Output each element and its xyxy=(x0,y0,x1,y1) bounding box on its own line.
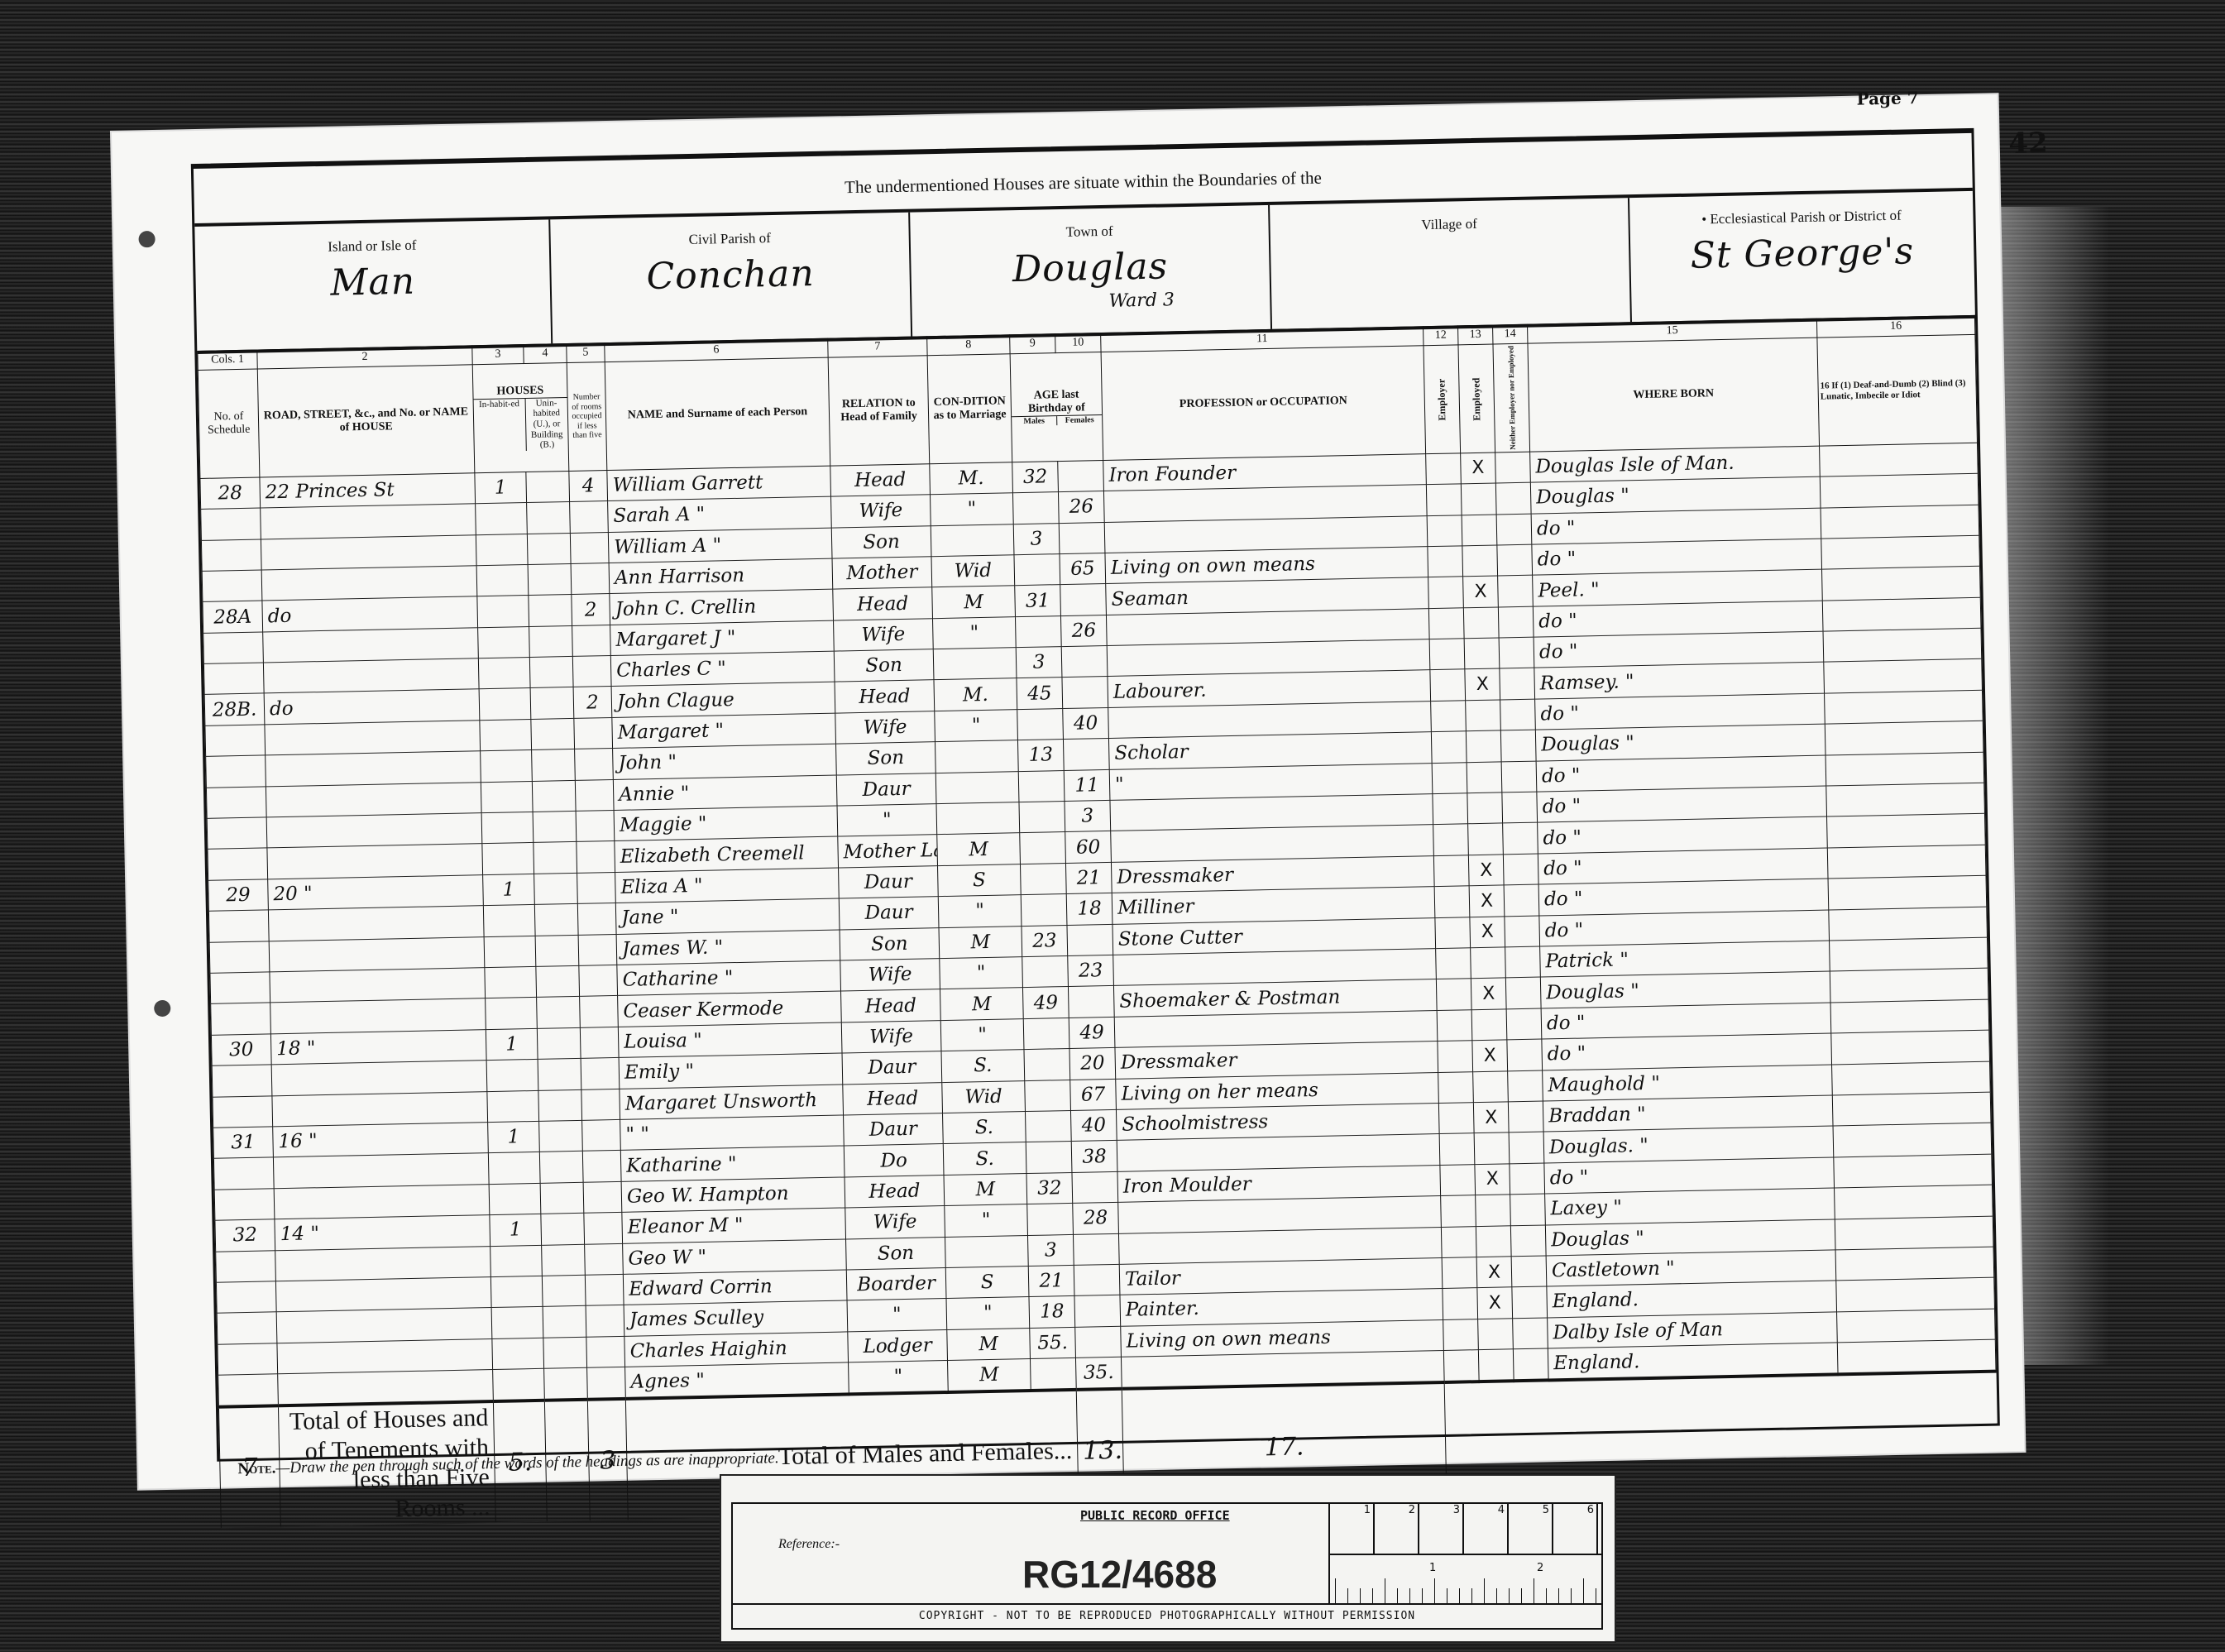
schedule-cell xyxy=(206,755,266,788)
female-age-cell: 40 xyxy=(1063,707,1109,739)
neither-cell xyxy=(1499,637,1534,668)
relation-cell: Mother Law xyxy=(838,835,938,868)
column-number: 10 xyxy=(1055,333,1101,353)
column-number: 4 xyxy=(524,344,567,364)
uninhabited-cell xyxy=(539,1152,583,1183)
header-females: Females xyxy=(1057,415,1102,426)
employed-cell: X xyxy=(1465,668,1500,700)
male-age-cell xyxy=(1020,863,1066,894)
schedule-cell xyxy=(216,1250,276,1282)
relation-cell: Daur xyxy=(844,1113,944,1147)
employed-cell xyxy=(1463,607,1499,639)
rooms-cell xyxy=(575,779,614,811)
female-age-cell xyxy=(1060,584,1107,615)
relation-cell: " xyxy=(837,804,937,837)
employer-cell xyxy=(1434,886,1470,917)
relation-cell: Son xyxy=(846,1237,946,1270)
ruler-cm-mark: 5 xyxy=(1509,1504,1553,1554)
schedule-cell: 28A xyxy=(203,601,263,633)
place-town: Town of Douglas Ward 3 xyxy=(910,205,1272,337)
rooms-cell xyxy=(585,1274,624,1305)
header-where-born: WHERE BORN xyxy=(1528,338,1820,452)
punch-hole-icon xyxy=(138,231,155,247)
condition-cell: " xyxy=(935,710,1018,742)
header-address: ROAD, STREET, &c., and No. or NAME of HO… xyxy=(257,365,475,477)
female-age-cell xyxy=(1073,1233,1119,1265)
column-number: 5 xyxy=(567,343,605,363)
header-name: NAME and Surname of each Person xyxy=(605,357,830,470)
employed-cell: X xyxy=(1469,885,1505,917)
female-age-cell: 21 xyxy=(1065,862,1112,893)
female-age-cell: 28 xyxy=(1073,1202,1119,1233)
census-rows: 2822 Princes St14William GarrettHeadM.32… xyxy=(200,443,1996,1407)
schedule-cell: 28 xyxy=(200,477,261,510)
inhabited-cell xyxy=(478,626,530,658)
male-age-cell: 23 xyxy=(1022,925,1068,956)
relation-cell: " xyxy=(847,1299,947,1332)
name-cell: " " xyxy=(620,1115,845,1151)
name-cell: Geo W. Hampton xyxy=(621,1177,845,1213)
neither-cell xyxy=(1510,1194,1546,1225)
relation-cell: Wife xyxy=(835,711,935,745)
inhabited-cell: 1 xyxy=(486,1028,538,1061)
relation-cell: Daur xyxy=(839,897,939,930)
name-cell: Ceaser Kermode xyxy=(618,991,842,1027)
town-value: Douglas xyxy=(911,243,1270,293)
ruler-cm-mark: 3 xyxy=(1419,1504,1464,1554)
place-ecclesiastical: • Ecclesiastical Parish or District of S… xyxy=(1629,191,1975,322)
name-cell: Eleanor M " xyxy=(622,1208,846,1243)
schedule-cell xyxy=(208,848,268,880)
neither-cell xyxy=(1500,668,1535,700)
neither-cell xyxy=(1497,544,1533,576)
infirmity-cell xyxy=(1823,628,1982,662)
reference-slip: PUBLIC RECORD OFFICE Reference:- RG12/46… xyxy=(720,1474,1616,1643)
place-island: Island or Isle of Man xyxy=(194,219,553,351)
employer-cell xyxy=(1437,1009,1472,1041)
uninhabited-cell xyxy=(543,1337,587,1368)
relation-cell: Daur xyxy=(836,773,936,806)
neither-cell xyxy=(1498,606,1534,638)
uninhabited-cell xyxy=(527,502,571,534)
column-number: 8 xyxy=(927,335,1010,356)
address-cell xyxy=(266,751,481,787)
female-age-cell: 35. xyxy=(1075,1357,1122,1390)
male-age-cell xyxy=(1017,708,1064,740)
infirmity-cell xyxy=(1832,1092,1991,1126)
neither-cell xyxy=(1513,1318,1548,1349)
employed-cell xyxy=(1467,762,1502,793)
schedule-cell xyxy=(201,539,261,572)
header-age: AGE last Birthday of Males Females xyxy=(1010,352,1103,462)
female-age-cell xyxy=(1074,1264,1120,1295)
infirmity-cell xyxy=(1830,999,1989,1033)
uninhabited-cell xyxy=(534,873,578,904)
infirmity-cell xyxy=(1824,659,1983,693)
address-cell xyxy=(261,504,476,539)
office-name: PUBLIC RECORD OFFICE xyxy=(1080,1508,1230,1523)
uninhabited-cell xyxy=(531,718,575,749)
name-cell: James W. " xyxy=(616,930,840,965)
employed-cell xyxy=(1476,1195,1511,1226)
employed-cell xyxy=(1476,1225,1511,1257)
neither-cell xyxy=(1500,699,1536,730)
copyright-notice: COPYRIGHT - NOT TO BE REPRODUCED PHOTOGR… xyxy=(733,1603,1601,1628)
address-cell xyxy=(272,1091,488,1127)
condition-cell: M xyxy=(932,586,1016,618)
infirmity-cell xyxy=(1826,783,1985,816)
infirmity-cell xyxy=(1828,875,1987,909)
rooms-cell xyxy=(570,501,609,533)
male-age-cell xyxy=(1025,1080,1071,1111)
employer-cell xyxy=(1435,917,1471,948)
condition-cell: Wid xyxy=(931,555,1015,587)
inhabited-cell xyxy=(476,564,529,596)
uninhabited-cell xyxy=(541,1213,585,1244)
header-houses: HOUSES In-habit-ed Unin-habited (U.), or… xyxy=(472,363,569,473)
rooms-cell xyxy=(577,903,616,935)
inhabited-cell xyxy=(479,688,531,721)
uninhabited-cell xyxy=(544,1367,588,1401)
name-cell: Margaret Unsworth xyxy=(620,1085,844,1120)
condition-cell: S. xyxy=(942,1112,1026,1144)
neither-cell xyxy=(1495,452,1531,483)
relation-cell: Head xyxy=(841,989,941,1022)
employed-cell xyxy=(1462,515,1497,546)
infirmity-cell xyxy=(1822,567,1981,601)
condition-cell: M xyxy=(937,833,1021,865)
neither-cell xyxy=(1503,854,1538,885)
infirmity-cell xyxy=(1825,721,1983,755)
inhabited-cell xyxy=(487,1090,539,1123)
male-age-cell: 3 xyxy=(1016,647,1062,678)
schedule-cell xyxy=(212,1065,272,1097)
address-cell xyxy=(277,1338,493,1374)
ruler-cm-mark: 2 xyxy=(1375,1504,1419,1554)
rooms-cell xyxy=(581,1089,620,1120)
neither-cell xyxy=(1511,1256,1547,1287)
employed-cell: X xyxy=(1475,1164,1510,1195)
name-cell: Catharine " xyxy=(617,960,841,996)
employer-cell xyxy=(1443,1319,1479,1350)
male-age-cell: 18 xyxy=(1029,1296,1075,1328)
condition-cell: " xyxy=(932,616,1016,649)
name-cell: Margaret J " xyxy=(610,620,835,656)
schedule-cell xyxy=(218,1343,278,1375)
employer-cell xyxy=(1430,669,1466,701)
neither-cell xyxy=(1505,977,1541,1008)
employed-cell: X xyxy=(1472,1040,1508,1071)
column-number: 9 xyxy=(1010,334,1055,354)
uninhabited-cell xyxy=(538,1059,581,1090)
schedule-cell xyxy=(216,1281,276,1314)
condition-cell: M. xyxy=(934,678,1017,711)
uninhabited-cell xyxy=(536,965,580,997)
ruler-inch-mark: 1 xyxy=(1429,1562,1436,1574)
schedule-cell: 29 xyxy=(208,879,269,912)
condition-cell: S xyxy=(945,1266,1029,1298)
employed-cell xyxy=(1467,792,1503,824)
census-table: Cols. 12345678910111213141516 No. of Sch… xyxy=(197,315,1998,1529)
schedule-cell: 28B. xyxy=(204,693,265,725)
employer-cell xyxy=(1433,793,1468,825)
column-number: 12 xyxy=(1424,326,1458,346)
employer-cell xyxy=(1433,855,1469,887)
address-cell xyxy=(261,534,476,570)
employer-cell xyxy=(1432,762,1467,793)
rooms-cell xyxy=(580,1027,619,1058)
schedule-cell xyxy=(208,910,269,942)
header-employer: Employer xyxy=(1424,345,1461,454)
female-age-cell: 67 xyxy=(1070,1079,1117,1110)
rooms-cell xyxy=(576,811,615,842)
relation-cell: Wife xyxy=(840,959,940,992)
male-age-cell: 49 xyxy=(1022,987,1069,1018)
male-age-cell xyxy=(1027,1204,1074,1235)
name-cell: Edward Corrin xyxy=(623,1270,847,1305)
female-age-cell xyxy=(1075,1326,1122,1358)
infirmity-cell xyxy=(1830,937,1988,971)
name-cell: Geo W " xyxy=(623,1238,847,1274)
condition-cell: M xyxy=(944,1173,1027,1205)
column-number: 7 xyxy=(828,337,927,357)
male-age-cell: 55. xyxy=(1030,1327,1076,1358)
header-uninhabited: Unin-habited (U.), or Building (B.) xyxy=(525,398,568,451)
rooms-cell xyxy=(577,872,616,903)
address-cell xyxy=(274,1184,490,1219)
address-cell xyxy=(275,1276,491,1312)
schedule-cell: 30 xyxy=(211,1034,271,1066)
employed-cell: X xyxy=(1476,1257,1512,1288)
female-age-cell: 26 xyxy=(1058,491,1104,523)
address-cell xyxy=(266,813,482,849)
condition-cell: " xyxy=(945,1204,1028,1237)
male-age-cell: 13 xyxy=(1017,740,1064,771)
male-age-cell xyxy=(1021,894,1067,926)
relation-cell: Son xyxy=(834,649,934,682)
address-cell xyxy=(276,1308,492,1343)
employed-cell xyxy=(1473,1070,1509,1102)
address-cell xyxy=(270,998,486,1034)
employer-cell xyxy=(1433,824,1469,855)
infirmity-cell xyxy=(1836,1277,1995,1311)
relation-cell: " xyxy=(849,1361,949,1395)
uninhabited-cell xyxy=(528,563,572,595)
address-cell xyxy=(271,1061,487,1096)
employed-cell: X xyxy=(1463,576,1499,607)
uninhabited-cell xyxy=(535,935,579,966)
neither-cell xyxy=(1513,1348,1548,1381)
uninhabited-cell xyxy=(532,780,576,812)
schedule-cell: 31 xyxy=(213,1127,274,1159)
uninhabited-cell xyxy=(532,749,576,781)
inhabited-cell xyxy=(476,503,528,535)
employer-cell xyxy=(1427,515,1462,546)
employer-cell xyxy=(1440,1164,1476,1195)
rooms-cell: 4 xyxy=(569,470,608,501)
male-age-cell xyxy=(1018,770,1065,802)
condition-cell: " xyxy=(946,1297,1030,1329)
female-age-cell xyxy=(1068,986,1114,1018)
female-age-cell: 65 xyxy=(1060,553,1106,584)
header-infirmity: 16 If (1) Deaf-and-Dumb (2) Blind (3) Lu… xyxy=(1817,334,1978,446)
employed-cell xyxy=(1478,1318,1514,1349)
schedule-cell xyxy=(213,1157,274,1190)
inhabited-cell xyxy=(481,812,534,844)
reference-label: Reference:- xyxy=(778,1537,840,1552)
relation-cell: Head xyxy=(830,463,931,496)
uninhabited-cell xyxy=(530,687,574,719)
infirmity-cell xyxy=(1821,535,1980,569)
relation-cell: Boarder xyxy=(846,1267,946,1300)
neither-cell xyxy=(1508,1101,1543,1132)
condition-cell xyxy=(936,802,1020,835)
census-form: The undermentioned Houses are situate wi… xyxy=(191,128,2000,1462)
infirmity-cell xyxy=(1827,845,1986,879)
inhabited-cell xyxy=(490,1245,543,1277)
relation-cell: Wife xyxy=(841,1020,941,1053)
infirmity-cell xyxy=(1827,814,1986,848)
female-age-cell xyxy=(1061,646,1108,678)
male-age-cell xyxy=(1030,1358,1076,1391)
condition-cell: Wid xyxy=(942,1080,1026,1113)
condition-cell: M xyxy=(939,926,1022,958)
page-label: Page 7 xyxy=(1856,88,1919,109)
condition-cell: " xyxy=(940,1018,1024,1051)
neither-cell xyxy=(1496,514,1532,545)
address-cell xyxy=(273,1153,489,1189)
name-cell: Sarah A " xyxy=(608,496,832,532)
rooms-cell: 2 xyxy=(572,594,610,625)
employer-cell xyxy=(1438,1041,1473,1072)
employer-cell xyxy=(1428,546,1463,577)
inhabited-cell xyxy=(490,1276,543,1308)
scale-ruler: 12345612 xyxy=(1328,1504,1601,1603)
employed-cell: X xyxy=(1477,1287,1513,1319)
male-age-cell xyxy=(1019,802,1065,833)
address-cell xyxy=(263,658,479,694)
neither-cell xyxy=(1510,1224,1546,1256)
relation-cell: Wife xyxy=(831,495,931,528)
employed-cell xyxy=(1461,483,1496,515)
employed-cell xyxy=(1468,823,1504,855)
address-cell xyxy=(268,906,484,941)
uninhabited-cell xyxy=(527,533,571,564)
infirmity-cell xyxy=(1831,1030,1990,1064)
male-age-cell: 3 xyxy=(1013,523,1060,554)
civil-parish-value: Conchan xyxy=(551,251,910,300)
reference-number: RG12/4688 xyxy=(1022,1552,1217,1597)
employed-cell xyxy=(1478,1349,1514,1382)
male-age-cell: 3 xyxy=(1027,1234,1074,1266)
condition-cell xyxy=(945,1235,1028,1267)
infirmity-cell xyxy=(1835,1216,1993,1250)
rooms-cell xyxy=(570,532,609,563)
name-cell: Elizabeth Creemell xyxy=(615,836,839,872)
uninhabited-cell xyxy=(537,997,581,1028)
infirmity-cell xyxy=(1832,1061,1991,1095)
uninhabited-cell xyxy=(534,842,577,874)
schedule-cell xyxy=(214,1189,275,1221)
employer-cell xyxy=(1438,1071,1474,1103)
column-number: 3 xyxy=(472,345,524,365)
name-cell: James Sculley xyxy=(624,1300,848,1336)
male-age-cell xyxy=(1022,956,1069,988)
relation-cell: Daur xyxy=(839,865,939,898)
neither-cell xyxy=(1498,575,1534,606)
ruler-cm-mark: 6 xyxy=(1553,1504,1598,1554)
inhabited-cell xyxy=(482,843,534,875)
employer-cell xyxy=(1443,1350,1479,1383)
name-cell: Agnes " xyxy=(625,1362,849,1399)
neither-cell xyxy=(1505,916,1540,947)
female-age-cell: 26 xyxy=(1060,615,1107,646)
relation-cell: Son xyxy=(831,525,931,558)
relation-cell: Head xyxy=(835,680,935,713)
uninhabited-cell xyxy=(540,1182,584,1214)
schedule-cell xyxy=(207,817,267,850)
neither-cell xyxy=(1501,761,1537,792)
inhabited-cell: 1 xyxy=(483,874,535,906)
uninhabited-cell xyxy=(542,1244,586,1276)
neither-cell xyxy=(1508,1070,1543,1102)
schedule-cell xyxy=(213,1095,273,1128)
rooms-cell xyxy=(574,717,613,749)
rooms-cell xyxy=(571,563,610,594)
condition-cell: S xyxy=(937,864,1021,896)
address-cell xyxy=(275,1246,491,1281)
name-cell: Margaret " xyxy=(612,713,836,749)
neither-cell xyxy=(1504,884,1539,916)
address-cell: 14 " xyxy=(275,1215,490,1251)
uninhabited-cell xyxy=(529,625,573,657)
rooms-cell xyxy=(584,1213,623,1244)
rooms-cell xyxy=(577,841,615,873)
uninhabited-cell xyxy=(539,1120,583,1152)
column-number: Cols. 1 xyxy=(198,350,257,370)
condition-cell: M xyxy=(947,1328,1031,1360)
employed-cell: X xyxy=(1468,855,1504,886)
neither-cell xyxy=(1505,946,1541,978)
condition-cell xyxy=(933,648,1017,680)
infirmity-cell xyxy=(1830,969,1988,1003)
female-age-cell: 38 xyxy=(1071,1141,1117,1172)
uninhabited-cell xyxy=(537,1027,581,1059)
relation-cell: Son xyxy=(840,927,940,960)
employed-cell xyxy=(1471,1009,1507,1041)
name-cell: Jane " xyxy=(615,898,840,934)
inhabited-cell xyxy=(481,750,533,783)
ecclesiastical-value: St George's xyxy=(1630,229,1974,278)
inhabited-cell xyxy=(478,658,530,690)
schedule-cell xyxy=(203,663,264,695)
condition-cell: M xyxy=(940,988,1023,1020)
address-cell xyxy=(270,968,486,1003)
inhabited-cell xyxy=(491,1307,543,1339)
address-cell: 18 " xyxy=(270,1029,486,1065)
rooms-cell xyxy=(583,1181,622,1213)
address-cell xyxy=(261,566,477,601)
condition-cell: M. xyxy=(930,462,1013,494)
neither-cell xyxy=(1506,1008,1542,1040)
employer-cell xyxy=(1428,577,1464,608)
employer-cell xyxy=(1436,948,1471,979)
inhabited-cell xyxy=(493,1368,545,1401)
male-age-cell xyxy=(1012,492,1059,524)
header-condition: CON-DITION as to Marriage xyxy=(927,354,1012,464)
employed-cell: X xyxy=(1473,1102,1509,1133)
infirmity-cell xyxy=(1821,505,1979,539)
